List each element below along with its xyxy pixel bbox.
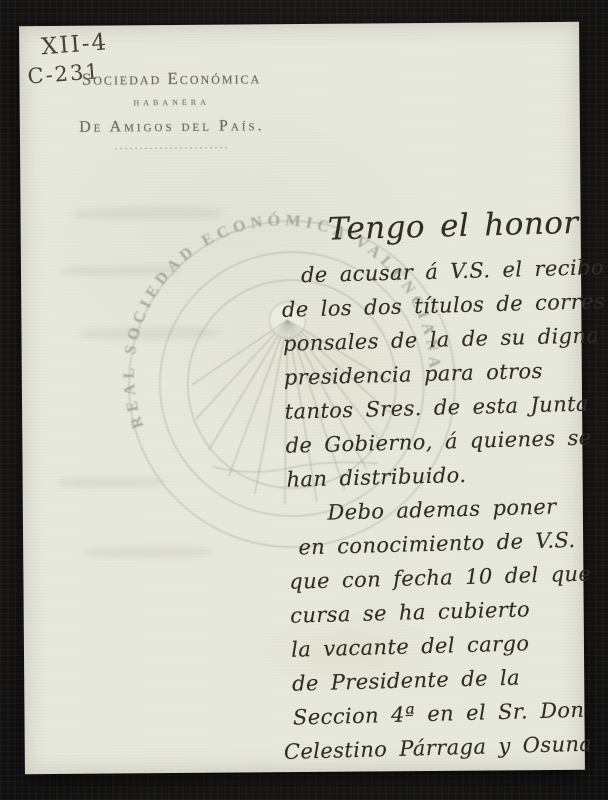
letterhead-society-name: Sociedad Económica (55, 68, 287, 90)
letterhead: Sociedad Económica HABANERA De Amigos de… (55, 50, 288, 154)
letterhead-divider: ······················· (56, 142, 288, 154)
letter-line: Tengo el honor (265, 195, 570, 259)
letter-page: REAL SOCIEDAD ECONÓMICA VALENCIANA XII-4… (19, 22, 585, 774)
letter-body: Tengo el honor de acusar á V.S. el recib… (265, 195, 584, 769)
letterhead-branch-name: HABANERA (56, 97, 288, 108)
ink-showthrough (57, 477, 167, 488)
document-photo: REAL SOCIEDAD ECONÓMICA VALENCIANA XII-4… (0, 0, 608, 800)
letter-line: Celestino Párraga y Osuna (279, 727, 584, 769)
letterhead-society-subtitle: De Amigos del País. (56, 117, 288, 137)
